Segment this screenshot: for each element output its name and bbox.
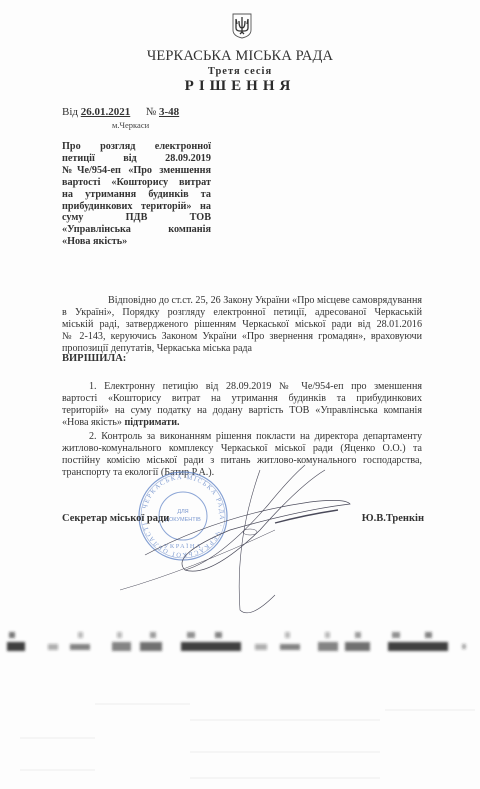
item-action-bold: підтримати. <box>124 417 179 428</box>
preamble-paragraph: Відповідно до ст.ст. 25, 26 Закону Украї… <box>62 295 422 355</box>
subject-line: Про розгляд електронної <box>62 141 211 153</box>
preamble-line: міській раді, затвердженого рішенням Чер… <box>62 319 422 331</box>
document-type-title: РІШЕННЯ <box>0 78 480 95</box>
preamble-line: в Україні», Порядку розгляду електронної… <box>62 307 422 319</box>
subject-line: вартості «Кошторису витрат <box>62 177 211 189</box>
session-label: Третя сесія <box>0 66 480 77</box>
item-line: «Нова якість» підтримати. <box>62 417 422 429</box>
signatory-name: Ю.В.Тренкін <box>362 513 424 524</box>
dateline: Від 26.01.2021 № 3-48 <box>62 106 179 118</box>
item-line-prefix: «Нова якість» <box>62 417 124 428</box>
subject-line: петиції від 28.09.2019 <box>62 153 211 165</box>
handwritten-signature <box>100 460 360 620</box>
scanned-document-page: ЧЕРКАСЬКА МІСЬКА РАДА Третя сесія РІШЕНН… <box>0 0 480 789</box>
faint-bleed-through <box>0 690 480 789</box>
item-line: 1. Електронну петицію від 28.09.2019 № Ч… <box>62 381 422 393</box>
preamble-line: № 2-143, керуючись Законом України «Про … <box>62 331 422 343</box>
subject-line: на утримання будинків та <box>62 189 211 201</box>
decision-item-1: 1. Електронну петицію від 28.09.2019 № Ч… <box>62 381 422 429</box>
decision-date: 26.01.2021 <box>81 106 131 118</box>
date-prefix: Від <box>62 106 78 118</box>
decision-number: 3-48 <box>159 106 179 118</box>
council-name: ЧЕРКАСЬКА МІСЬКА РАДА <box>0 48 480 65</box>
city-label: м.Черкаси <box>112 120 149 130</box>
blurred-redacted-text <box>0 624 480 660</box>
trident-coat-of-arms-icon <box>232 13 252 39</box>
resolved-label: ВИРІШИЛА: <box>62 353 126 364</box>
item-line: вартості «Кошторису витрат на утримання … <box>62 393 422 405</box>
subject-line: «Управлінська компанія <box>62 224 211 236</box>
item-line: 2. Контроль за виконанням рішення поклас… <box>62 431 422 443</box>
item-line: житлово-комунального комплексу Черкасько… <box>62 443 422 455</box>
number-prefix: № <box>146 106 157 118</box>
subject-line: суму ПДВ ТОВ <box>62 212 211 224</box>
item-line: територій» на суму податку на додану вар… <box>62 405 422 417</box>
subject-line: №Че/954-еп «Про зменшення <box>62 165 211 177</box>
preamble-line: Відповідно до ст.ст. 25, 26 Закону Украї… <box>62 295 422 307</box>
subject-line: прибудинкових територій» на <box>62 201 211 213</box>
decision-subject: Про розгляд електронної петиції від 28.0… <box>62 141 211 248</box>
subject-line: «Нова якість» <box>62 236 211 248</box>
